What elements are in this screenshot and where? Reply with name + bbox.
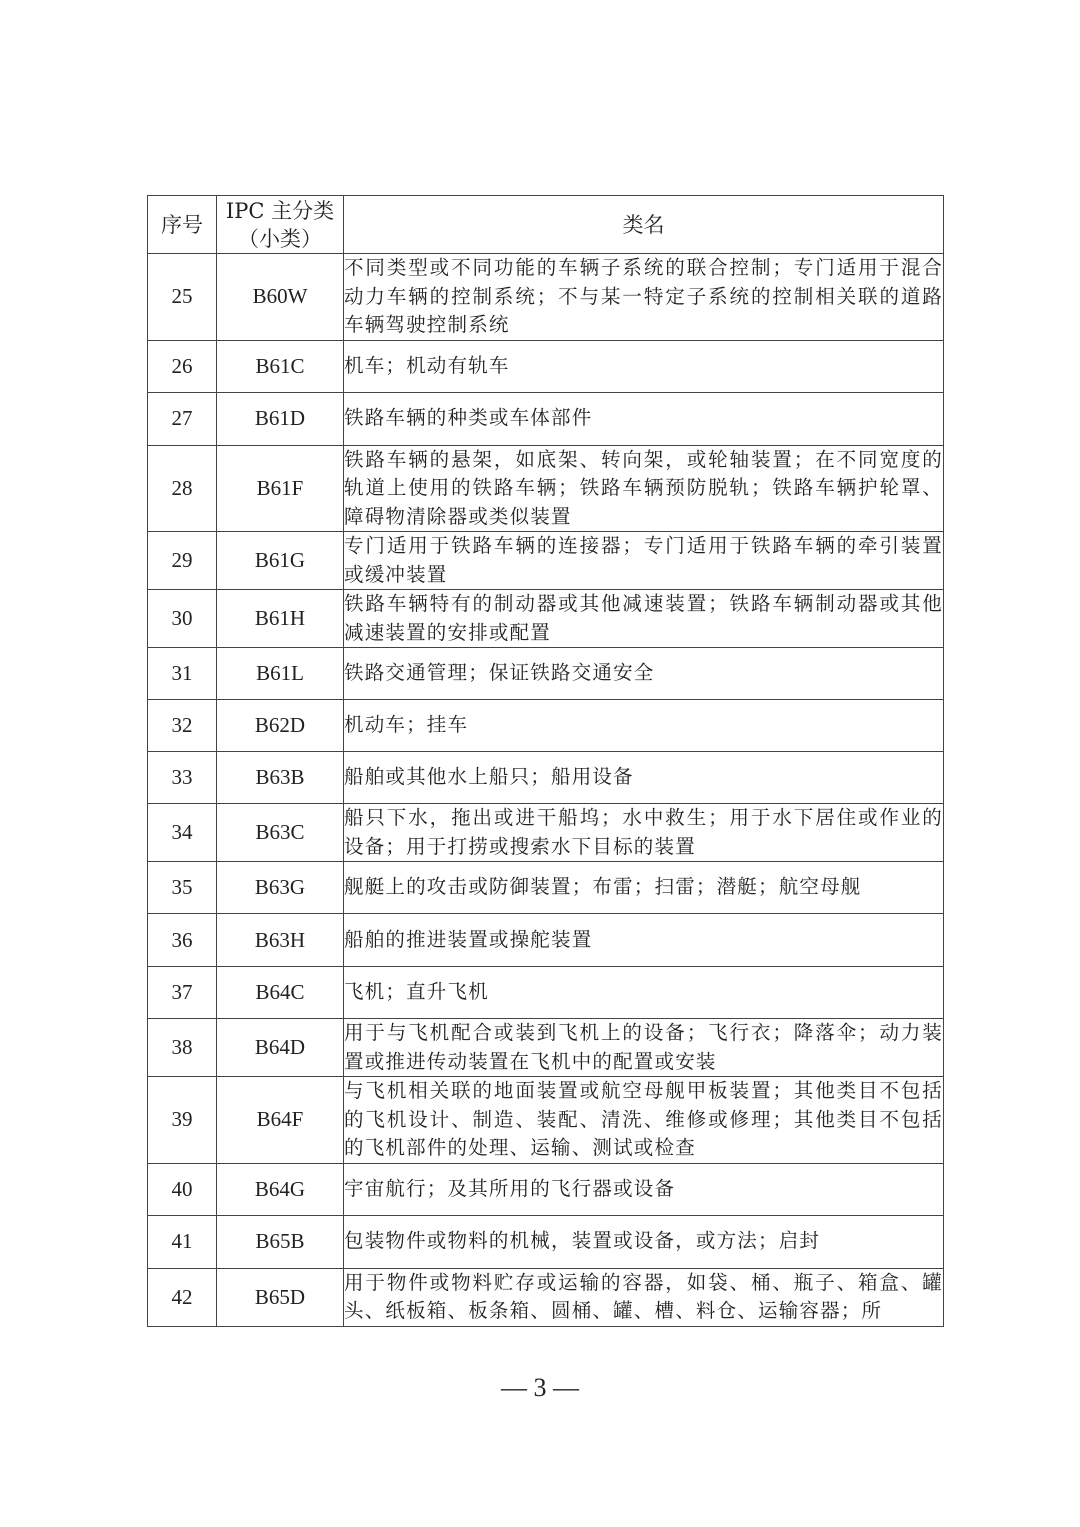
row-seq: 41	[148, 1215, 217, 1268]
row-seq: 32	[148, 700, 217, 752]
row-ipc-code: B61H	[217, 590, 344, 648]
row-class-name: 飞机；直升飞机	[344, 967, 944, 1019]
table-row: 25B60W不同类型或不同功能的车辆子系统的联合控制；专门适用于混合动力车辆的控…	[148, 254, 944, 341]
row-ipc-code: B61C	[217, 340, 344, 392]
row-seq: 36	[148, 914, 217, 967]
row-class-name: 专门适用于铁路车辆的连接器；专门适用于铁路车辆的牵引装置或缓冲装置	[344, 532, 944, 590]
row-class-name: 船舶的推进装置或操舵装置	[344, 914, 944, 967]
table-row: 26B61C机车；机动有轨车	[148, 340, 944, 392]
row-seq: 35	[148, 862, 217, 914]
row-ipc-code: B65D	[217, 1268, 344, 1326]
row-class-name: 机动车；挂车	[344, 700, 944, 752]
table-header-row: 序号 IPC 主分类 （小类） 类名	[148, 196, 944, 254]
row-class-name: 舰艇上的攻击或防御装置；布雷；扫雷；潜艇；航空母舰	[344, 862, 944, 914]
row-class-name: 铁路车辆特有的制动器或其他减速装置；铁路车辆制动器或其他减速装置的安排或配置	[344, 590, 944, 648]
row-class-name: 铁路车辆的悬架，如底架、转向架，或轮轴装置；在不同宽度的轨道上使用的铁路车辆；铁…	[344, 445, 944, 532]
row-class-name: 宇宙航行；及其所用的飞行器或设备	[344, 1163, 944, 1215]
row-ipc-code: B63C	[217, 804, 344, 862]
table-row: 27B61D铁路车辆的种类或车体部件	[148, 392, 944, 445]
row-class-name: 船舶或其他水上船只；船用设备	[344, 752, 944, 804]
header-ipc-line2: （小类）	[217, 225, 343, 253]
row-ipc-code: B64C	[217, 967, 344, 1019]
row-ipc-code: B61G	[217, 532, 344, 590]
row-class-name: 机车；机动有轨车	[344, 340, 944, 392]
row-seq: 40	[148, 1163, 217, 1215]
table-row: 34B63C船只下水，拖出或进干船坞；水中救生；用于水下居住或作业的设备；用于打…	[148, 804, 944, 862]
row-class-name: 铁路交通管理；保证铁路交通安全	[344, 648, 944, 700]
row-seq: 39	[148, 1077, 217, 1164]
table-row: 28B61F铁路车辆的悬架，如底架、转向架，或轮轴装置；在不同宽度的轨道上使用的…	[148, 445, 944, 532]
header-ipc-class: IPC 主分类 （小类）	[217, 196, 344, 254]
row-ipc-code: B61L	[217, 648, 344, 700]
row-seq: 26	[148, 340, 217, 392]
table-row: 31B61L铁路交通管理；保证铁路交通安全	[148, 648, 944, 700]
row-ipc-code: B64F	[217, 1077, 344, 1164]
row-seq: 29	[148, 532, 217, 590]
row-seq: 31	[148, 648, 217, 700]
row-seq: 34	[148, 804, 217, 862]
header-class-name: 类名	[344, 196, 944, 254]
table-row: 35B63G舰艇上的攻击或防御装置；布雷；扫雷；潜艇；航空母舰	[148, 862, 944, 914]
row-seq: 27	[148, 392, 217, 445]
row-ipc-code: B64G	[217, 1163, 344, 1215]
row-ipc-code: B61F	[217, 445, 344, 532]
row-seq: 33	[148, 752, 217, 804]
row-class-name: 用于与飞机配合或装到飞机上的设备；飞行衣；降落伞；动力装置或推进传动装置在飞机中…	[344, 1019, 944, 1077]
document-page: 序号 IPC 主分类 （小类） 类名 25B60W不同类型或不同功能的车辆子系统…	[0, 0, 1080, 1527]
table-row: 29B61G专门适用于铁路车辆的连接器；专门适用于铁路车辆的牵引装置或缓冲装置	[148, 532, 944, 590]
row-ipc-code: B63H	[217, 914, 344, 967]
row-ipc-code: B62D	[217, 700, 344, 752]
row-seq: 28	[148, 445, 217, 532]
header-ipc-line1: IPC 主分类	[217, 197, 343, 225]
row-class-name: 船只下水，拖出或进干船坞；水中救生；用于水下居住或作业的设备；用于打捞或搜索水下…	[344, 804, 944, 862]
row-class-name: 与飞机相关联的地面装置或航空母舰甲板装置；其他类目不包括的飞机设计、制造、装配、…	[344, 1077, 944, 1164]
row-ipc-code: B63B	[217, 752, 344, 804]
row-class-name: 铁路车辆的种类或车体部件	[344, 392, 944, 445]
row-seq: 42	[148, 1268, 217, 1326]
row-ipc-code: B65B	[217, 1215, 344, 1268]
table-row: 37B64C飞机；直升飞机	[148, 967, 944, 1019]
table-row: 39B64F与飞机相关联的地面装置或航空母舰甲板装置；其他类目不包括的飞机设计、…	[148, 1077, 944, 1164]
row-ipc-code: B64D	[217, 1019, 344, 1077]
table-row: 33B63B船舶或其他水上船只；船用设备	[148, 752, 944, 804]
page-number: — 3 —	[0, 1373, 1080, 1403]
table-row: 32B62D机动车；挂车	[148, 700, 944, 752]
row-seq: 30	[148, 590, 217, 648]
header-seq: 序号	[148, 196, 217, 254]
row-ipc-code: B63G	[217, 862, 344, 914]
row-class-name: 用于物件或物料贮存或运输的容器，如袋、桶、瓶子、箱盒、罐头、纸板箱、板条箱、圆桶…	[344, 1268, 944, 1326]
table-body: 25B60W不同类型或不同功能的车辆子系统的联合控制；专门适用于混合动力车辆的控…	[148, 254, 944, 1327]
ipc-classification-table: 序号 IPC 主分类 （小类） 类名 25B60W不同类型或不同功能的车辆子系统…	[147, 195, 944, 1327]
row-ipc-code: B60W	[217, 254, 344, 341]
row-seq: 25	[148, 254, 217, 341]
row-class-name: 包装物件或物料的机械，装置或设备，或方法；启封	[344, 1215, 944, 1268]
table-row: 38B64D用于与飞机配合或装到飞机上的设备；飞行衣；降落伞；动力装置或推进传动…	[148, 1019, 944, 1077]
table-row: 41B65B包装物件或物料的机械，装置或设备，或方法；启封	[148, 1215, 944, 1268]
table-row: 42B65D用于物件或物料贮存或运输的容器，如袋、桶、瓶子、箱盒、罐头、纸板箱、…	[148, 1268, 944, 1326]
table-row: 30B61H铁路车辆特有的制动器或其他减速装置；铁路车辆制动器或其他减速装置的安…	[148, 590, 944, 648]
row-class-name: 不同类型或不同功能的车辆子系统的联合控制；专门适用于混合动力车辆的控制系统；不与…	[344, 254, 944, 341]
row-ipc-code: B61D	[217, 392, 344, 445]
table-row: 40B64G宇宙航行；及其所用的飞行器或设备	[148, 1163, 944, 1215]
row-seq: 37	[148, 967, 217, 1019]
table-row: 36B63H船舶的推进装置或操舵装置	[148, 914, 944, 967]
row-seq: 38	[148, 1019, 217, 1077]
